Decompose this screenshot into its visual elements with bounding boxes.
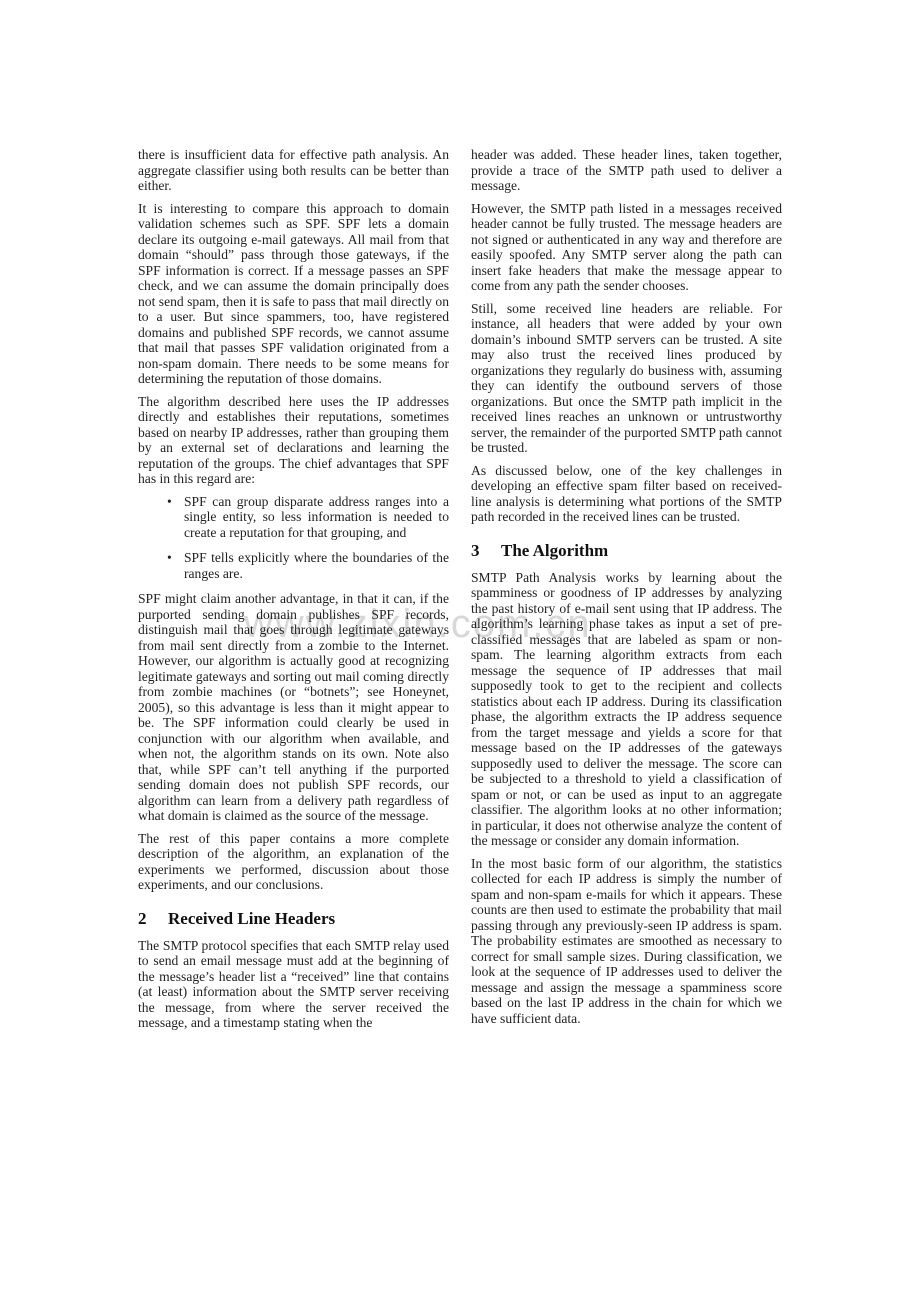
paragraph: However, the SMTP path listed in a messa… — [471, 201, 782, 294]
paragraph: It is interesting to compare this approa… — [138, 201, 449, 387]
paragraph: header was added. These header lines, ta… — [471, 147, 782, 194]
paragraph: SPF might claim another advantage, in th… — [138, 591, 449, 824]
section-number: 2 — [138, 908, 168, 929]
section-title: The Algorithm — [501, 541, 608, 560]
section-heading-the-algorithm: 3The Algorithm — [471, 540, 782, 561]
right-column: header was added. These header lines, ta… — [471, 147, 782, 1033]
paragraph: SMTP Path Analysis works by learning abo… — [471, 570, 782, 849]
section-title: Received Line Headers — [168, 909, 335, 928]
list-item: • SPF can group disparate address ranges… — [138, 494, 449, 541]
paragraph: In the most basic form of our algorithm,… — [471, 856, 782, 1027]
paragraph: The rest of this paper contains a more c… — [138, 831, 449, 893]
bullet-icon: • — [167, 550, 184, 581]
left-column: there is insufficient data for effective… — [138, 147, 449, 1038]
paragraph: Still, some received line headers are re… — [471, 301, 782, 456]
paragraph: The SMTP protocol specifies that each SM… — [138, 938, 449, 1031]
list-item-text: SPF can group disparate address ranges i… — [184, 494, 449, 541]
section-heading-received-line-headers: 2Received Line Headers — [138, 908, 449, 929]
paragraph: As discussed below, one of the key chall… — [471, 463, 782, 525]
paragraph: The algorithm described here uses the IP… — [138, 394, 449, 487]
list-item: • SPF tells explicitly where the boundar… — [138, 550, 449, 581]
bullet-icon: • — [167, 494, 184, 541]
paragraph: there is insufficient data for effective… — [138, 147, 449, 194]
list-item-text: SPF tells explicitly where the boundarie… — [184, 550, 449, 581]
section-number: 3 — [471, 540, 501, 561]
